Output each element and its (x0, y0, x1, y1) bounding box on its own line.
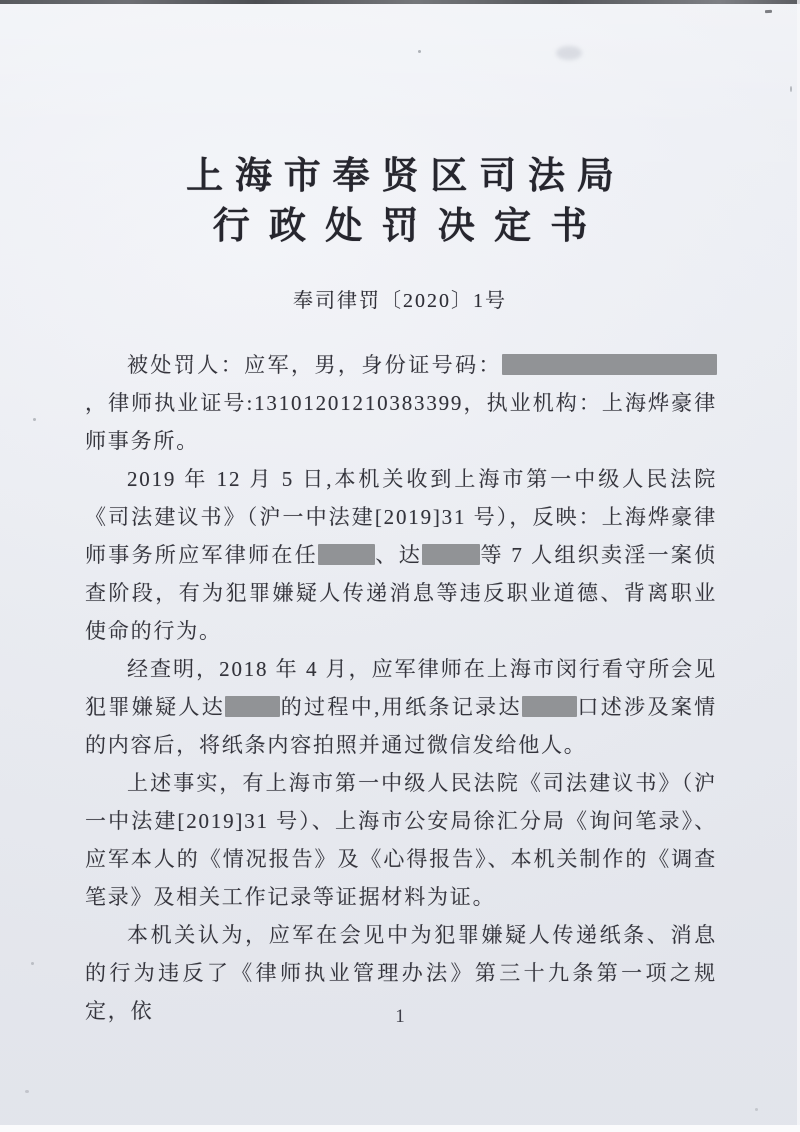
body-paragraph: 上述事实，有上海市第一中级人民法院《司法建议书》（沪一中法建[2019]31 号… (85, 764, 717, 916)
redaction-box (225, 696, 280, 717)
doc-number: 奉司律罚〔2020〕1号 (0, 284, 800, 313)
page-number: 1 (0, 1006, 800, 1028)
scan-speck (25, 1090, 29, 1093)
document-body: 被处罚人：应军，男，身份证号码：，律师执业证号:1310120121038339… (85, 346, 717, 1030)
scan-speck (33, 418, 36, 421)
scan-speck (418, 50, 421, 53)
body-paragraph: 2019 年 12 月 5 日,本机关收到上海市第一中级人民法院《司法建议书》（… (85, 460, 717, 650)
paragraph-text: 被处罚人：应军，男，身份证号码： (127, 353, 502, 377)
paragraph-text: 上述事实，有上海市第一中级人民法院《司法建议书》（沪一中法建[2019]31 号… (85, 771, 717, 909)
scan-top-edge (0, 0, 800, 4)
scan-speck (31, 962, 34, 965)
body-paragraph: 经查明，2018 年 4 月，应军律师在上海市闵行看守所会见犯罪嫌疑人达的过程中… (85, 650, 717, 764)
document-title-line2: 行政处罚决定书 (0, 202, 800, 252)
document-title-line1: 上海市奉贤区司法局 (0, 152, 800, 202)
redaction-box (502, 354, 717, 375)
redaction-box (318, 544, 375, 565)
document-title: 上海市奉贤区司法局 行政处罚决定书 (0, 152, 800, 252)
scan-speck (765, 10, 772, 13)
scan-smudge (556, 46, 582, 60)
redaction-box (422, 544, 480, 565)
paragraph-text: 的过程中,用纸条记录达 (280, 695, 522, 719)
scan-bottom-edge (0, 1125, 800, 1132)
scan-page: 上海市奉贤区司法局 行政处罚决定书 奉司律罚〔2020〕1号 被处罚人：应军，男… (0, 0, 800, 1132)
body-paragraph: 被处罚人：应军，男，身份证号码：，律师执业证号:1310120121038339… (85, 346, 717, 460)
scan-speck (790, 86, 792, 92)
paragraph-text: ，律师执业证号:13101201210383399，执业机构：上海烨豪律师事务所… (85, 391, 717, 453)
paragraph-text: 、达 (375, 543, 422, 567)
scan-speck (755, 1108, 758, 1111)
redaction-box (522, 696, 577, 717)
